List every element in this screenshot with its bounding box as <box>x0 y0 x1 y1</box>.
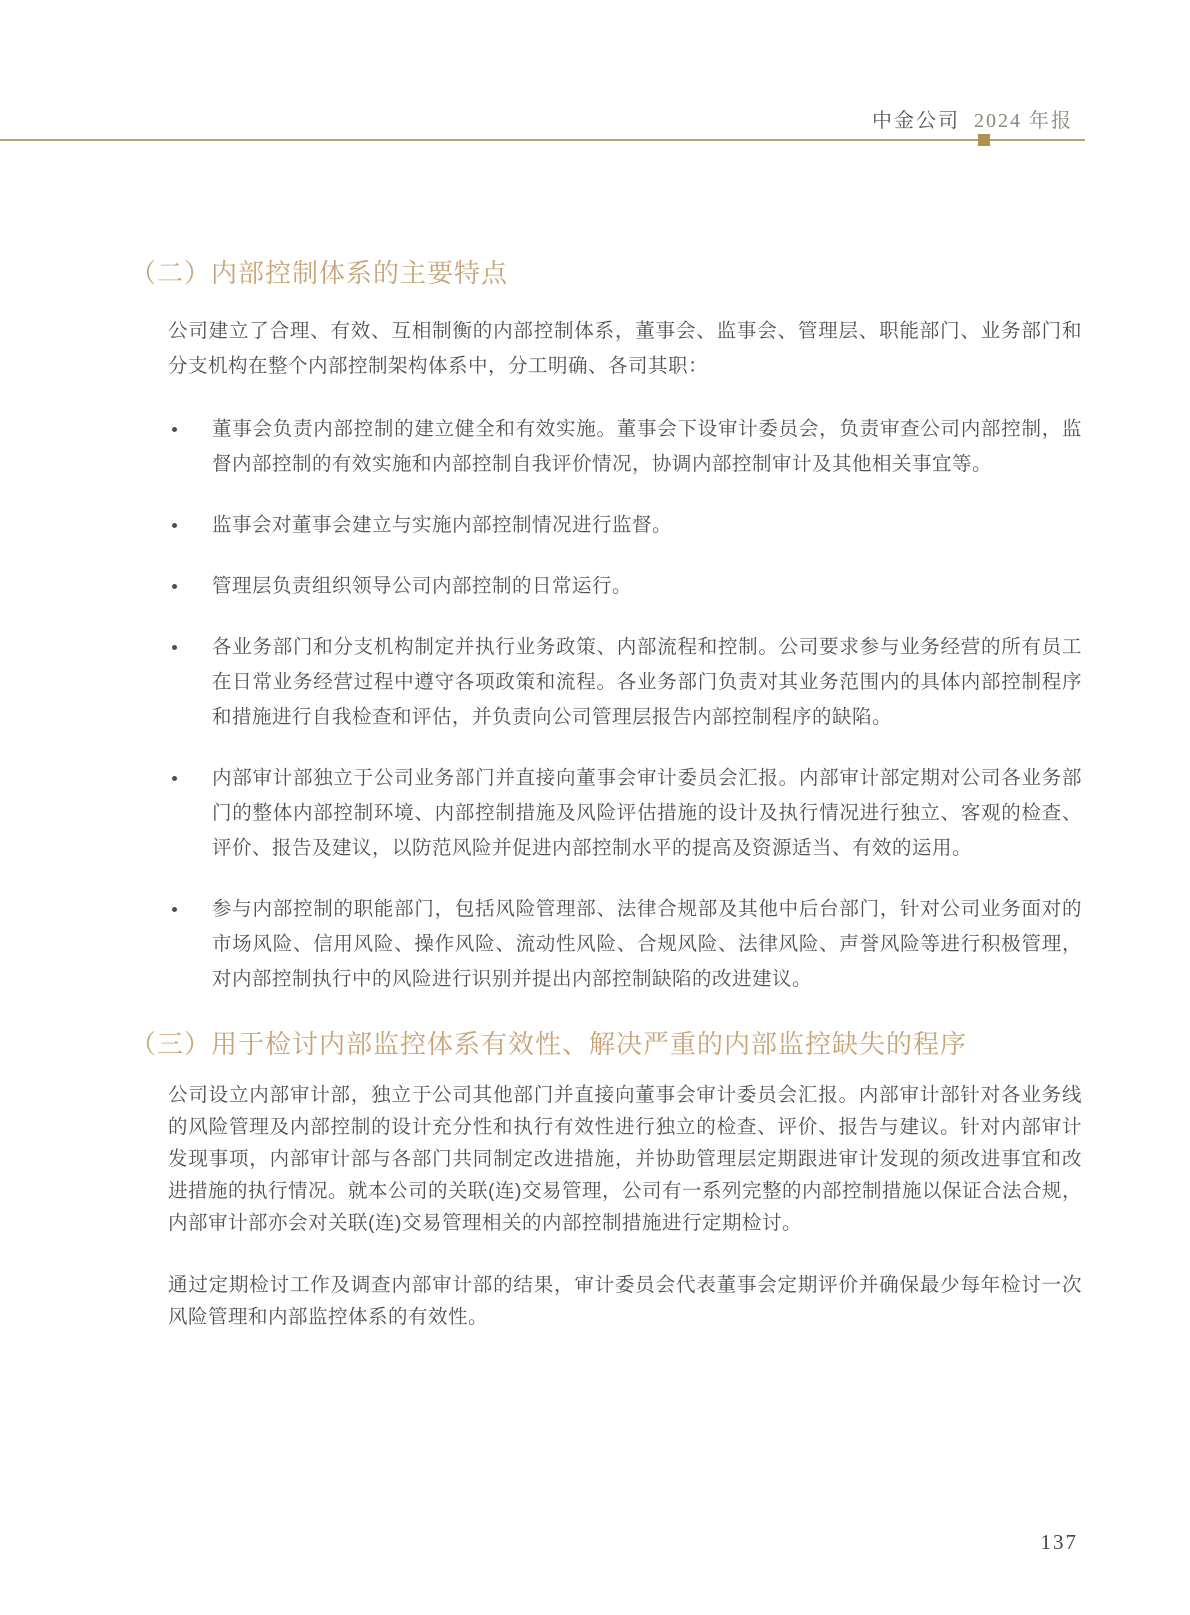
bullet-text: 参与内部控制的职能部门，包括风险管理部、法律合规部及其他中后台部门，针对公司业务… <box>212 898 1082 990</box>
section-heading-internal-control-features: （二）内部控制体系的主要特点 <box>130 256 1082 290</box>
bullet-dot-icon <box>172 645 177 650</box>
bullet-dot-icon <box>172 584 177 589</box>
bullet-dot-icon <box>172 776 177 781</box>
bullet-text: 各业务部门和分支机构制定并执行业务政策、内部流程和控制。公司要求参与业务经营的所… <box>212 636 1082 728</box>
bullet-dot-icon <box>172 427 177 432</box>
annual-report-page: 中金公司2024 年报 （二）内部控制体系的主要特点 公司建立了合理、有效、互相… <box>0 0 1190 1615</box>
bullet-text: 监事会对董事会建立与实施内部控制情况进行监督。 <box>212 514 672 536</box>
section-intro-paragraph: 公司建立了合理、有效、互相制衡的内部控制体系，董事会、监事会、管理层、职能部门、… <box>168 314 1082 384</box>
company-name: 中金公司 <box>872 110 960 132</box>
bullet-item-management: 管理层负责组织领导公司内部控制的日常运行。 <box>168 569 1082 604</box>
divider-square-ornament <box>978 134 990 146</box>
bullet-item-business-units: 各业务部门和分支机构制定并执行业务政策、内部流程和控制。公司要求参与业务经营的所… <box>168 630 1082 735</box>
internal-control-bullet-list: 董事会负责内部控制的建立健全和有效实施。董事会下设审计委员会，负责审查公司内部控… <box>168 412 1082 997</box>
bullet-text: 董事会负责内部控制的建立健全和有效实施。董事会下设审计委员会，负责审查公司内部控… <box>212 418 1082 475</box>
bullet-item-supervisory: 监事会对董事会建立与实施内部控制情况进行监督。 <box>168 508 1082 543</box>
page-number: 137 <box>1041 1530 1079 1555</box>
review-procedures-paragraph-1: 公司设立内部审计部，独立于公司其他部门并直接向董事会审计委员会汇报。内部审计部针… <box>168 1079 1082 1239</box>
document-body: （二）内部控制体系的主要特点 公司建立了合理、有效、互相制衡的内部控制体系，董事… <box>130 256 1082 1333</box>
bullet-dot-icon <box>172 523 177 528</box>
bullet-item-functional-depts: 参与内部控制的职能部门，包括风险管理部、法律合规部及其他中后台部门，针对公司业务… <box>168 892 1082 997</box>
bullet-dot-icon <box>172 907 177 912</box>
bullet-item-internal-audit: 内部审计部独立于公司业务部门并直接向董事会审计委员会汇报。内部审计部定期对公司各… <box>168 761 1082 866</box>
review-procedures-paragraph-2: 通过定期检讨工作及调查内部审计部的结果，审计委员会代表董事会定期评价并确保最少每… <box>168 1269 1082 1333</box>
section-heading-review-procedures: （三）用于检讨内部监控体系有效性、解决严重的内部监控缺失的程序 <box>130 1027 1082 1061</box>
header-title: 中金公司2024 年报 <box>872 104 1073 133</box>
header-divider-rule <box>0 139 1085 141</box>
bullet-item-board: 董事会负责内部控制的建立健全和有效实施。董事会下设审计委员会，负责审查公司内部控… <box>168 412 1082 482</box>
report-edition: 2024 年报 <box>974 110 1073 132</box>
bullet-text: 管理层负责组织领导公司内部控制的日常运行。 <box>212 575 632 597</box>
bullet-text: 内部审计部独立于公司业务部门并直接向董事会审计委员会汇报。内部审计部定期对公司各… <box>212 767 1082 859</box>
